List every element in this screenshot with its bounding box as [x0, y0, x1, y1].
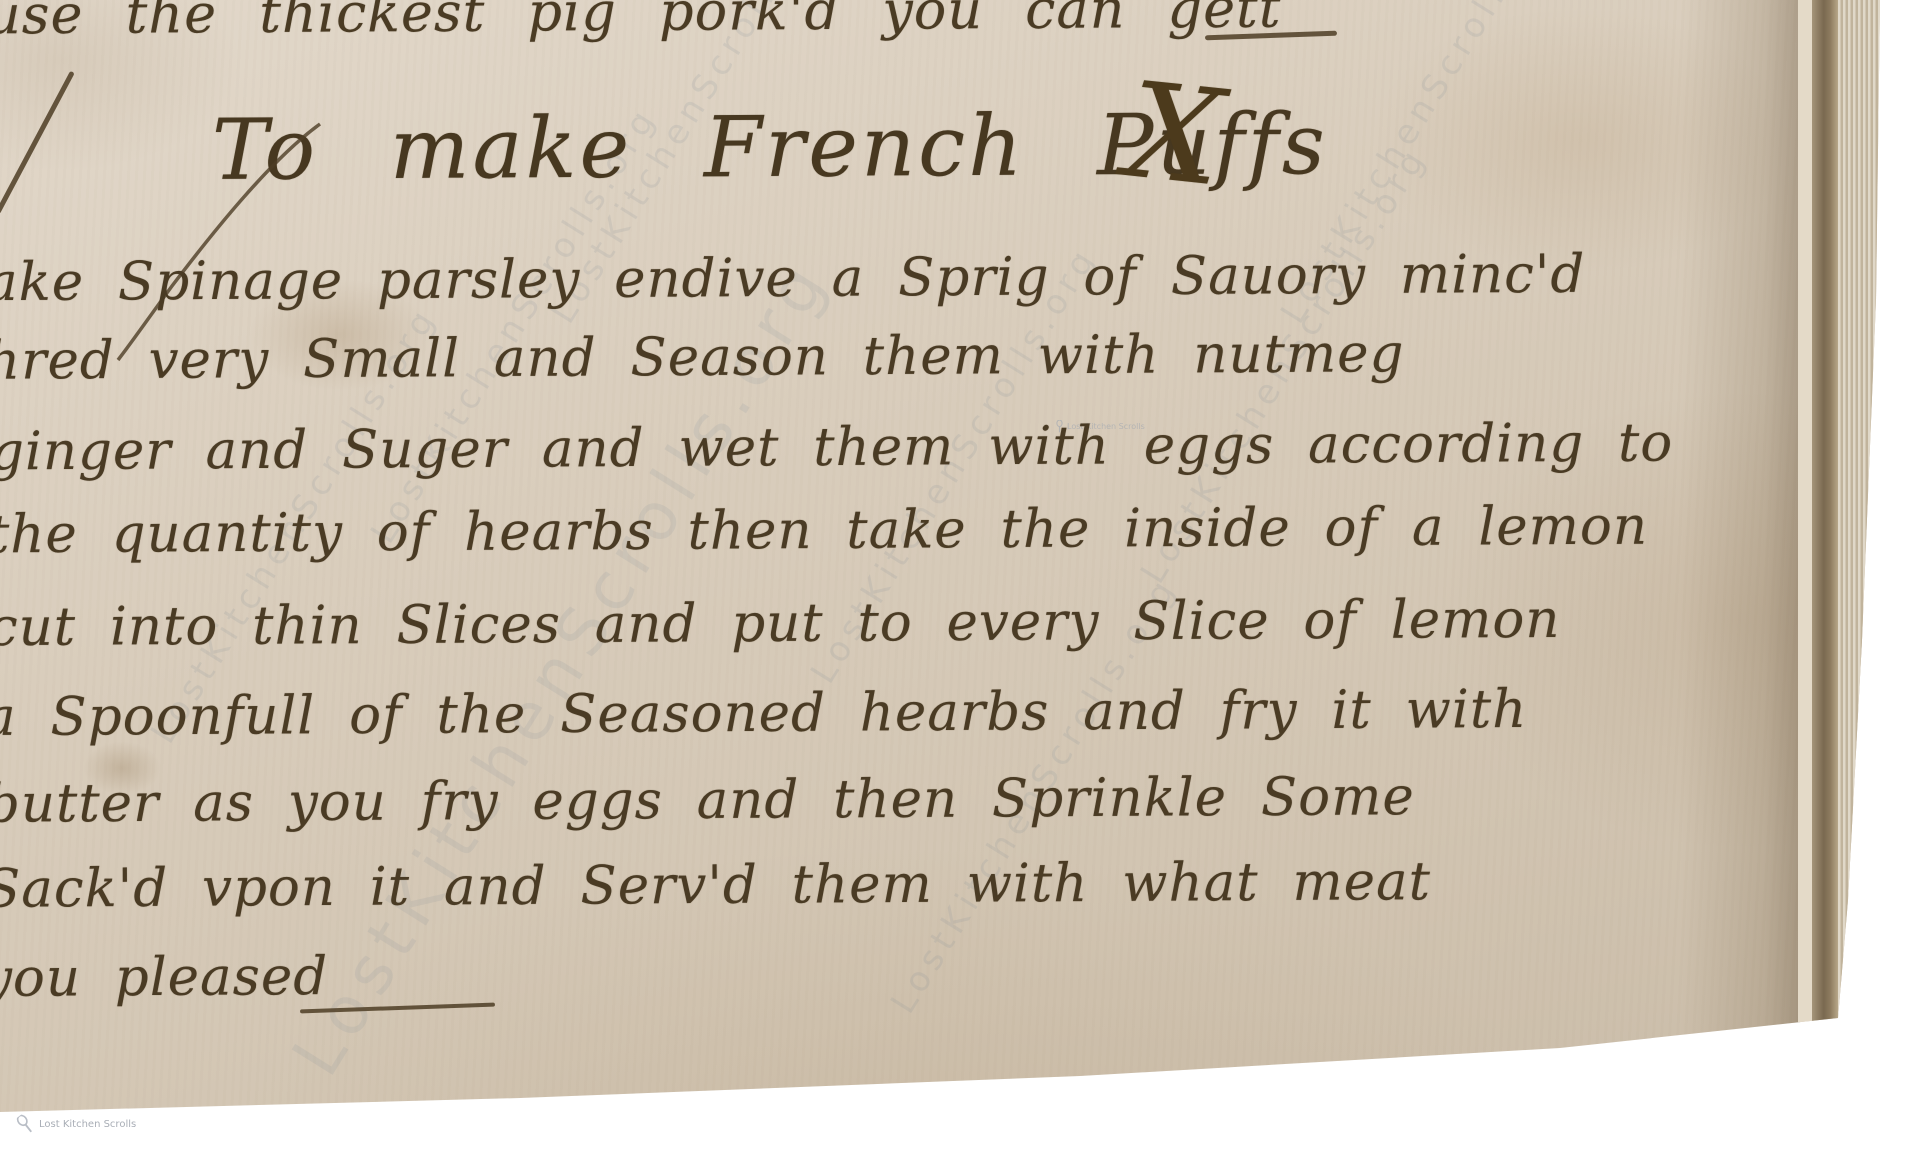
spoon-icon [13, 1112, 38, 1138]
manuscript-line: Sack'd vpon it and Serv'd them with what… [0, 851, 1431, 920]
binding-groove [1812, 0, 1838, 1030]
closing-flourish [300, 1003, 495, 1014]
manuscript-line: ake Spinage parsley endive a Sprig of Sa… [0, 244, 1586, 313]
manuscript-line: ginger and Suger and wet them with eggs … [0, 413, 1673, 483]
previous-recipe-line: use the thickest pig pork'd you can gett [0, 0, 1282, 46]
site-logo: Lost Kitchen Scrolls [18, 1114, 136, 1135]
page-edge-highlight [1798, 0, 1812, 1036]
manuscript-line: a Spoonfull of the Seasoned hearbs and f… [0, 679, 1527, 748]
margin-flourish [0, 71, 75, 215]
manuscript-line: you pleased [0, 946, 328, 1009]
manuscript-page: LostKitchenScrolls.org LostKitchenScroll… [0, 0, 1920, 1161]
manuscript-line: cut into thin Slices and put to every Sl… [0, 589, 1561, 658]
page-edge-shadow [1680, 0, 1800, 1042]
page-stack-edge [1838, 0, 1882, 1024]
manuscript-line: hred very Small and Season them with nut… [0, 323, 1405, 391]
manuscript-line: butter as you fry eggs and then Sprinkle… [0, 766, 1415, 834]
manuscript-line: the quantity of hearbs then take the ins… [0, 496, 1648, 566]
x-mark: X [1120, 53, 1231, 216]
site-logo-text: Lost Kitchen Scrolls [39, 1119, 136, 1130]
manuscript-photo: LostKitchenScrolls.org LostKitchenScroll… [0, 0, 1920, 1161]
